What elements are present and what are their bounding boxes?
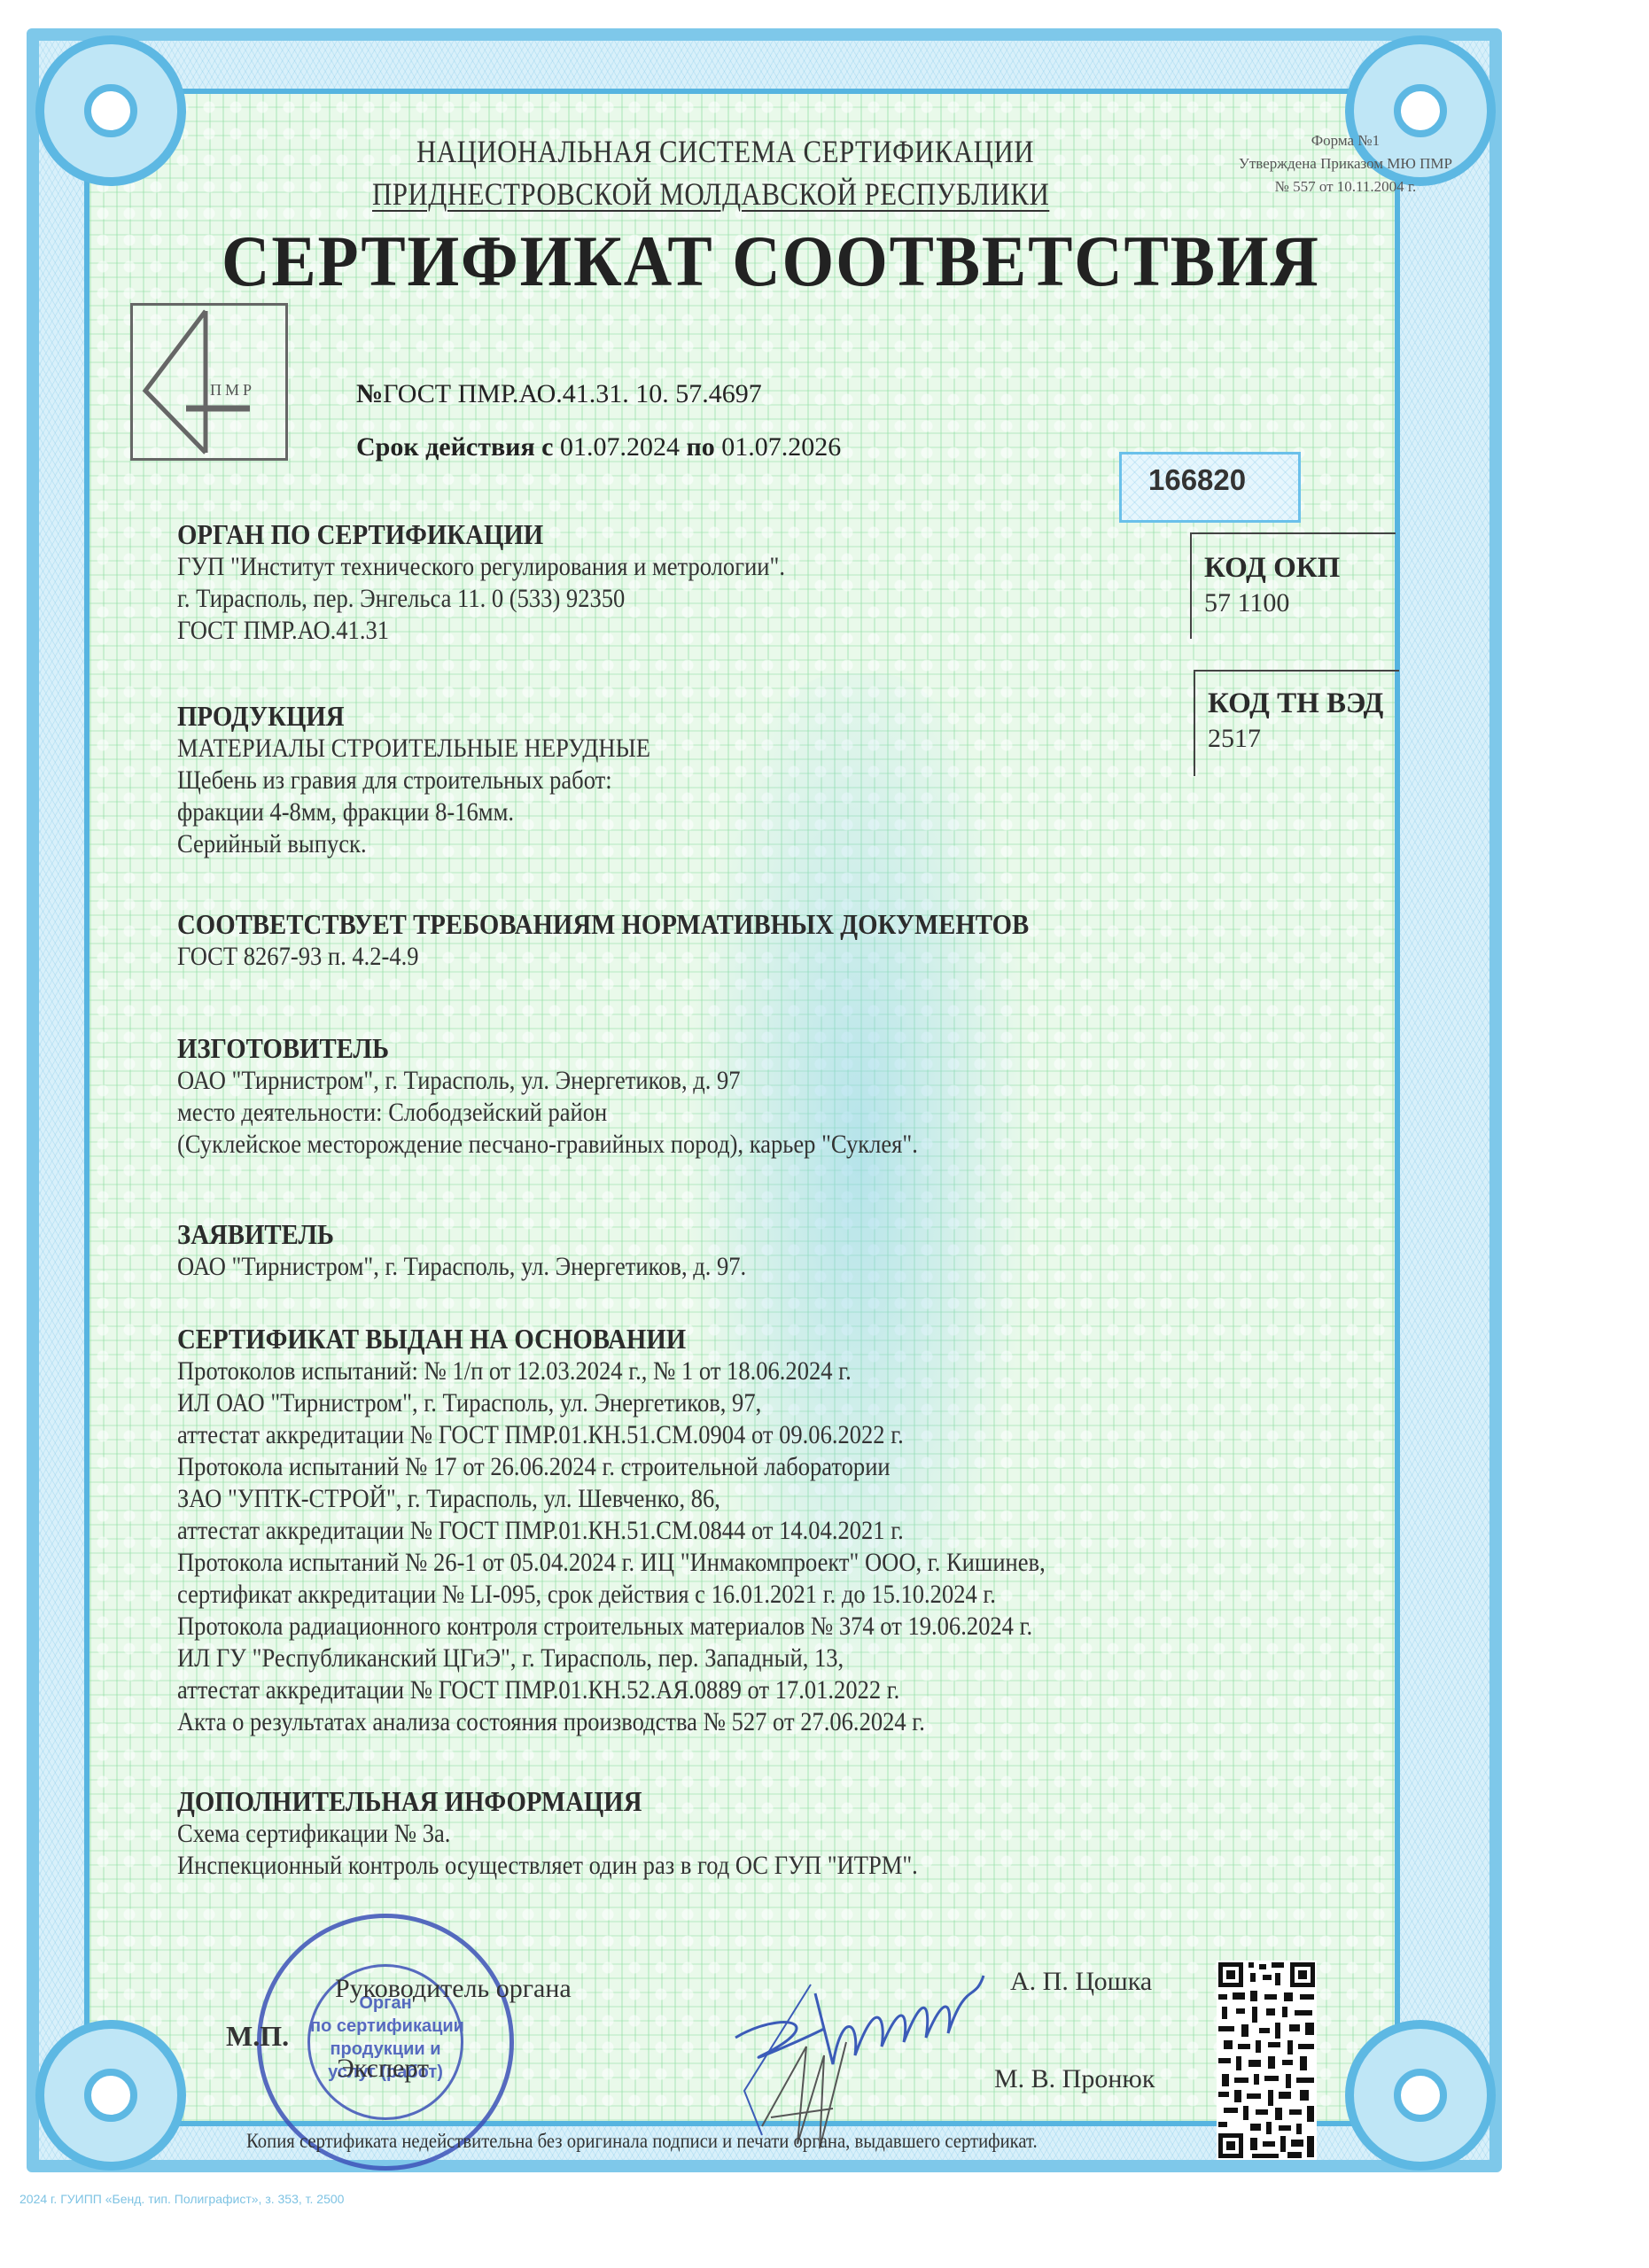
section-line: (Суклейское месторождение песчано-гравий… bbox=[177, 1129, 918, 1161]
okp-code-label: КОД ОКП bbox=[1204, 552, 1396, 585]
section-applicant: ЗАЯВИТЕЛЬ ОАО "Тирнистром", г. Тирасполь… bbox=[177, 1218, 810, 1283]
section-additional-info: ДОПОЛНИТЕЛЬНАЯ ИНФОРМАЦИЯ Схема сертифик… bbox=[177, 1785, 1000, 1882]
section-line: Протоколов испытаний: № 1/п от 12.03.202… bbox=[177, 1355, 1046, 1387]
form-order: № 557 от 10.11.2004 г. bbox=[1239, 175, 1452, 198]
number-value: ГОСТ ПМР.АО.41.31. 10. 57.4697 bbox=[383, 379, 762, 408]
expert-name: М. В. Пронюк bbox=[994, 2064, 1155, 2094]
section-line: Протокола радиационного контроля строите… bbox=[177, 1611, 1046, 1643]
validity-from-label: Срок действия с bbox=[356, 432, 554, 462]
copy-validity-notice: Копия сертификата недействительна без ор… bbox=[246, 2130, 1038, 2153]
system-title-line2: ПРИДНЕСТРОВСКОЙ МОЛДАВСКОЙ РЕСПУБЛИКИ bbox=[372, 175, 1049, 213]
section-product: ПРОДУКЦИЯ МАТЕРИАЛЫ СТРОИТЕЛЬНЫЕ НЕРУДНЫ… bbox=[177, 700, 703, 860]
validity-period: Срок действия с 01.07.2024 по 01.07.2026 bbox=[356, 432, 841, 462]
section-basis: СЕРТИФИКАТ ВЫДАН НА ОСНОВАНИИ Протоколов… bbox=[177, 1323, 1142, 1738]
section-line: аттестат аккредитации № ГОСТ ПМР.01.КН.5… bbox=[177, 1515, 1046, 1547]
valid-to-date: 01.07.2026 bbox=[721, 432, 841, 462]
number-prefix: № bbox=[356, 379, 383, 408]
section-title: ЗАЯВИТЕЛЬ bbox=[177, 1218, 746, 1251]
head-name: А. П. Цошка bbox=[1010, 1967, 1152, 1997]
seal-place-label: М.П. bbox=[226, 2020, 289, 2053]
document-title: СЕРТИФИКАТ СООТВЕТСТВИЯ bbox=[222, 220, 1320, 303]
section-line: ГОСТ 8267-93 п. 4.2-4.9 bbox=[177, 941, 1029, 973]
head-signature-label: Руководитель органа bbox=[335, 1974, 572, 2004]
section-line: МАТЕРИАЛЫ СТРОИТЕЛЬНЫЕ НЕРУДНЫЕ bbox=[177, 733, 650, 765]
section-line: Серийный выпуск. bbox=[177, 828, 650, 860]
section-line: фракции 4-8мм, фракции 8-16мм. bbox=[177, 796, 650, 828]
section-line: аттестат аккредитации № ГОСТ ПМР.01.КН.5… bbox=[177, 1674, 1046, 1706]
form-number: Форма №1 bbox=[1239, 129, 1452, 152]
section-conformity: СООТВЕТСТВУЕТ ТРЕБОВАНИЯМ НОРМАТИВНЫХ ДО… bbox=[177, 908, 1124, 973]
blank-serial-number: 166820 bbox=[1119, 452, 1301, 523]
section-title: ПРОДУКЦИЯ bbox=[177, 700, 650, 733]
validity-to-label: по bbox=[687, 432, 715, 462]
corner-ornament-bottom-right bbox=[1345, 2020, 1496, 2171]
expert-signature-label: Эксперт bbox=[337, 2054, 429, 2084]
system-title-line1: НАЦИОНАЛЬНАЯ СИСТЕМА СЕРТИФИКАЦИИ bbox=[416, 133, 1034, 170]
section-title: ИЗГОТОВИТЕЛЬ bbox=[177, 1032, 918, 1065]
section-line: Инспекционный контроль осуществляет один… bbox=[177, 1850, 918, 1882]
conformity-mark-icon bbox=[133, 306, 285, 458]
logo-text: ПМР bbox=[210, 381, 255, 400]
qr-code-icon bbox=[1217, 1961, 1317, 2160]
section-line: Протокола испытаний № 26-1 от 05.04.2024… bbox=[177, 1547, 1046, 1579]
section-line: г. Тирасполь, пер. Энгельса 11. 0 (533) … bbox=[177, 583, 785, 615]
form-note: Форма №1 Утверждена Приказом МЮ ПМР № 55… bbox=[1239, 129, 1452, 198]
section-certification-body: ОРГАН ПО СЕРТИФИКАЦИИ ГУП "Институт техн… bbox=[177, 518, 852, 647]
pmr-certification-logo: ПМР bbox=[130, 303, 288, 461]
section-line: Схема сертификации № 3а. bbox=[177, 1818, 918, 1850]
section-title: СЕРТИФИКАТ ВЫДАН НА ОСНОВАНИИ bbox=[177, 1323, 1046, 1355]
section-line: аттестат аккредитации № ГОСТ ПМР.01.КН.5… bbox=[177, 1419, 1046, 1451]
okp-code-value: 57 1100 bbox=[1204, 588, 1396, 618]
section-title: ДОПОЛНИТЕЛЬНАЯ ИНФОРМАЦИЯ bbox=[177, 1785, 918, 1818]
certificate-number: №ГОСТ ПМР.АО.41.31. 10. 57.4697 bbox=[356, 379, 762, 409]
section-line: место деятельности: Слободзейский район bbox=[177, 1097, 918, 1129]
form-approval: Утверждена Приказом МЮ ПМР bbox=[1239, 152, 1452, 175]
section-line: ЗАО "УПТК-СТРОЙ", г. Тирасполь, ул. Шевч… bbox=[177, 1483, 1046, 1515]
section-line: ИЛ ОАО "Тирнистром", г. Тирасполь, ул. Э… bbox=[177, 1387, 1046, 1419]
okp-code-box: КОД ОКП 57 1100 bbox=[1190, 532, 1396, 639]
section-line: Щебень из гравия для строительных работ: bbox=[177, 765, 650, 796]
section-title: СООТВЕТСТВУЕТ ТРЕБОВАНИЯМ НОРМАТИВНЫХ ДО… bbox=[177, 908, 1029, 941]
corner-ornament-top-left bbox=[35, 35, 186, 186]
tnved-code-value: 2517 bbox=[1208, 724, 1399, 754]
tnved-code-label: КОД ТН ВЭД bbox=[1208, 687, 1399, 720]
corner-ornament-bottom-left bbox=[35, 2020, 186, 2171]
valid-from-date: 01.07.2024 bbox=[560, 432, 680, 462]
section-line: Протокола испытаний № 17 от 26.06.2024 г… bbox=[177, 1451, 1046, 1483]
printer-imprint: 2024 г. ГУИПП «Бенд. тип. Полиграфист», … bbox=[19, 2192, 344, 2206]
section-line: ГУП "Институт технического регулирования… bbox=[177, 551, 785, 583]
section-title: ОРГАН ПО СЕРТИФИКАЦИИ bbox=[177, 518, 785, 551]
section-line: ОАО "Тирнистром", г. Тирасполь, ул. Энер… bbox=[177, 1251, 746, 1283]
section-line: сертификат аккредитации № LI-095, срок д… bbox=[177, 1579, 1046, 1611]
section-line: ИЛ ГУ "Республиканский ЦГиЭ", г. Тираспо… bbox=[177, 1643, 1046, 1674]
tnved-code-box: КОД ТН ВЭД 2517 bbox=[1194, 670, 1399, 776]
seal-text: по сертификации bbox=[310, 2015, 461, 2038]
section-manufacturer: ИЗГОТОВИТЕЛЬ ОАО "Тирнистром", г. Тирасп… bbox=[177, 1032, 1000, 1161]
section-line: ГОСТ ПМР.АО.41.31 bbox=[177, 615, 785, 647]
section-line: ОАО "Тирнистром", г. Тирасполь, ул. Энер… bbox=[177, 1065, 918, 1097]
section-line: Акта о результатах анализа состояния про… bbox=[177, 1706, 1046, 1738]
